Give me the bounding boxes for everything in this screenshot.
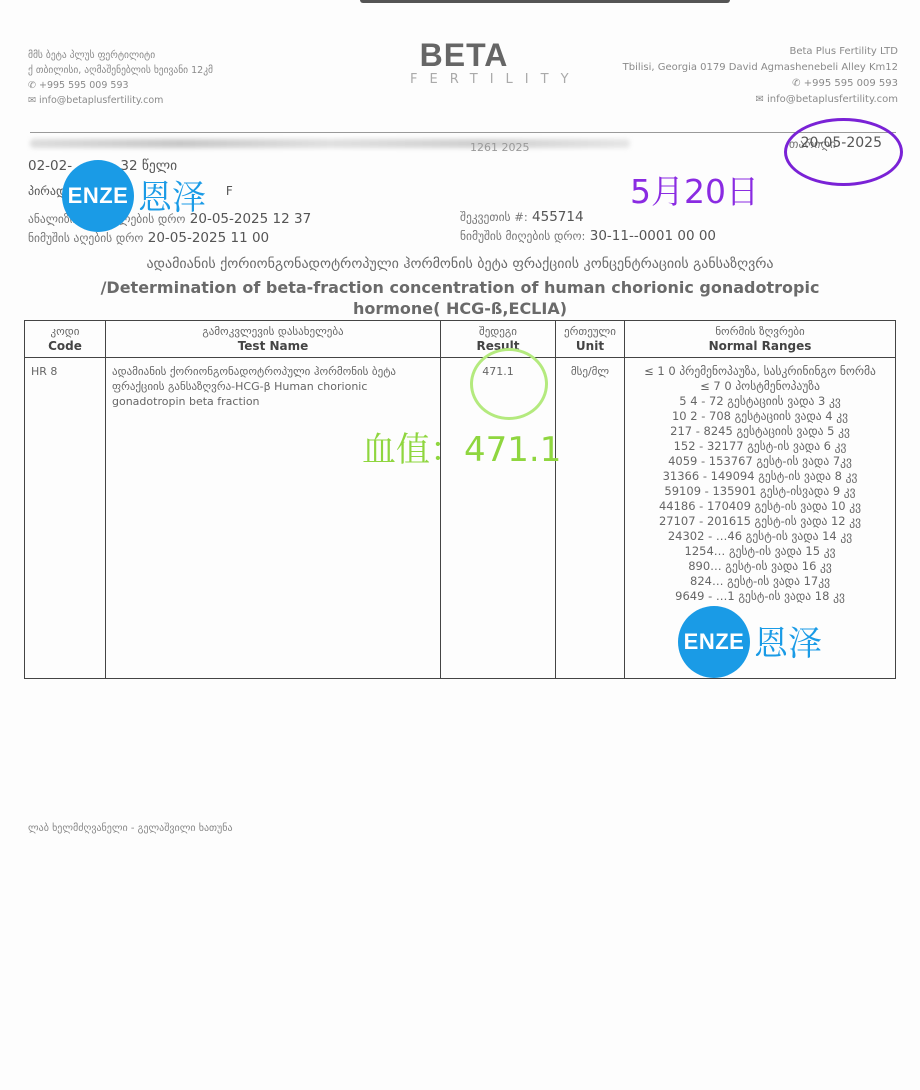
address-en: Tbilisi, Georgia 0179 David Agmashenebel… <box>623 60 898 76</box>
order-number: 455714 <box>532 209 584 225</box>
result-highlight-circle <box>470 348 548 420</box>
sample-date-label: ნიმუშის აღების დრო <box>28 231 143 245</box>
normal-range-line: 9649 - …1 გესტ-ის ვადა 18 კვ <box>631 589 889 604</box>
normal-range-line: 44186 - 170409 გესტ-ის ვადა 10 კვ <box>631 499 889 514</box>
cell-code: HR 8 <box>25 358 106 679</box>
received-row: ნიმუშის მიღების დრო: 30-11--0001 00 00 <box>460 227 716 245</box>
enze-watermark-badge-2: ENZE <box>678 606 750 678</box>
enze-watermark-text: 恩泽 <box>138 170 206 219</box>
letterhead-right: Beta Plus Fertility LTD Tbilisi, Georgia… <box>623 44 898 108</box>
redacted-line-end: 1261 2025 <box>470 139 530 157</box>
order-label: შეკვეთის #: <box>460 210 528 224</box>
normal-range-line: 890… გესტ-ის ვადა 16 კვ <box>631 559 889 574</box>
normal-range-line: 59109 - 135901 გესტ-ისვადა 9 კვ <box>631 484 889 499</box>
email: info@betaplusfertility.com <box>39 95 163 106</box>
logo-main: BETA <box>404 38 524 72</box>
received-label: ნიმუშის მიღების დრო: <box>460 229 585 243</box>
received-date: 30-11--0001 00 00 <box>590 228 716 244</box>
normal-range-line: 10 2 - 708 გესტაციის ვადა 4 კვ <box>631 409 889 424</box>
normal-range-line: 27107 - 201615 გესტ-ის ვადა 12 კვ <box>631 514 889 529</box>
order-row: შეკვეთის #: 455714 <box>460 208 584 226</box>
cell-unit: მსე/მლ <box>556 358 625 679</box>
title-english-2: hormone( HCG-ß,ECLIA) <box>20 299 900 318</box>
normal-range-line: 4059 - 153767 გესტ-ის ვადა 7კვ <box>631 454 889 469</box>
normal-range-line: 24302 - …46 გესტ-ის ვადა 14 კვ <box>631 529 889 544</box>
title-georgian: ადამიანის ქორიონგონადოტროპული ჰორმონის ბ… <box>20 256 900 272</box>
enze-watermark-badge: ENZE <box>62 160 134 232</box>
header-unit: ერთეულიUnit <box>556 321 625 358</box>
value-annotation: 血值：471.1 <box>362 422 561 471</box>
company-name-en: Beta Plus Fertility LTD <box>623 44 898 60</box>
email-en: info@betaplusfertility.com <box>767 94 898 105</box>
header-normal-ranges: ნორმის ზღვრებიNormal Ranges <box>625 321 896 358</box>
logo-sub: FERTILITY <box>410 72 524 88</box>
phone-icon: ✆ <box>792 78 804 89</box>
header-divider <box>30 132 896 133</box>
letterhead-left: მმს ბეტა პლუს ფერტილიტი ქ თბილისი, აღმაშ… <box>28 48 213 108</box>
beta-fertility-logo: BETA FERTILITY <box>404 38 524 88</box>
cell-test-name: ადამიანის ქორიონგონადოტროპული ჰორმონის ბ… <box>106 358 441 679</box>
lab-head-signature: ლაბ ხელმძღვანელი - გელაშვილი ხათუნა <box>28 823 233 834</box>
normal-range-line: 31366 - 149094 გესტ-ის ვადა 8 კვ <box>631 469 889 484</box>
date-annotation: 5月20日 <box>630 166 759 213</box>
table-header-row: კოდიCode გამოკვლევის დასახელებაTest Name… <box>25 321 896 358</box>
normal-range-line: 1254… გესტ-ის ვადა 15 კვ <box>631 544 889 559</box>
header-test-name: გამოკვლევის დასახელებაTest Name <box>106 321 441 358</box>
address-ka: ქ თბილისი, აღმაშენებლის ხეივანი 12კმ <box>28 63 213 78</box>
title-english-1: /Determination of beta-fraction concentr… <box>20 278 900 297</box>
phone: +995 595 009 593 <box>39 80 129 91</box>
header-code: კოდიCode <box>25 321 106 358</box>
normal-range-line: ≤ 1 0 პრემენოპაუზა, სასკრინინგო ნორმა <box>631 364 889 379</box>
mail-icon: ✉ <box>28 95 39 106</box>
analysis-date: 20-05-2025 12 37 <box>190 211 311 227</box>
sample-date: 20-05-2025 11 00 <box>148 230 269 246</box>
sample-date-row: ნიმუშის აღების დრო 20-05-2025 11 00 <box>28 229 269 247</box>
company-name-ka: მმს ბეტა პლუს ფერტილიტი <box>28 48 213 63</box>
birth-date: 02-02- <box>28 158 72 174</box>
redacted-patient-line <box>30 139 630 148</box>
enze-watermark-text-2: 恩泽 <box>754 616 822 665</box>
sex: F <box>226 184 233 198</box>
phone-icon: ✆ <box>28 80 39 91</box>
mail-icon: ✉ <box>755 94 767 105</box>
phone-en: +995 595 009 593 <box>804 78 898 89</box>
normal-range-line: 5 4 - 72 გესტაციის ვადა 3 კვ <box>631 394 889 409</box>
normal-range-line: ≤ 7 0 პოსტმენოპაუზა <box>631 379 889 394</box>
date-highlight-circle <box>784 118 903 186</box>
page-top-edge <box>360 0 730 3</box>
normal-range-line: 217 - 8245 გესტაციის ვადა 5 კვ <box>631 424 889 439</box>
normal-range-line: 824… გესტ-ის ვადა 17კვ <box>631 574 889 589</box>
normal-range-line: 152 - 32177 გესტ-ის ვადა 6 კვ <box>631 439 889 454</box>
